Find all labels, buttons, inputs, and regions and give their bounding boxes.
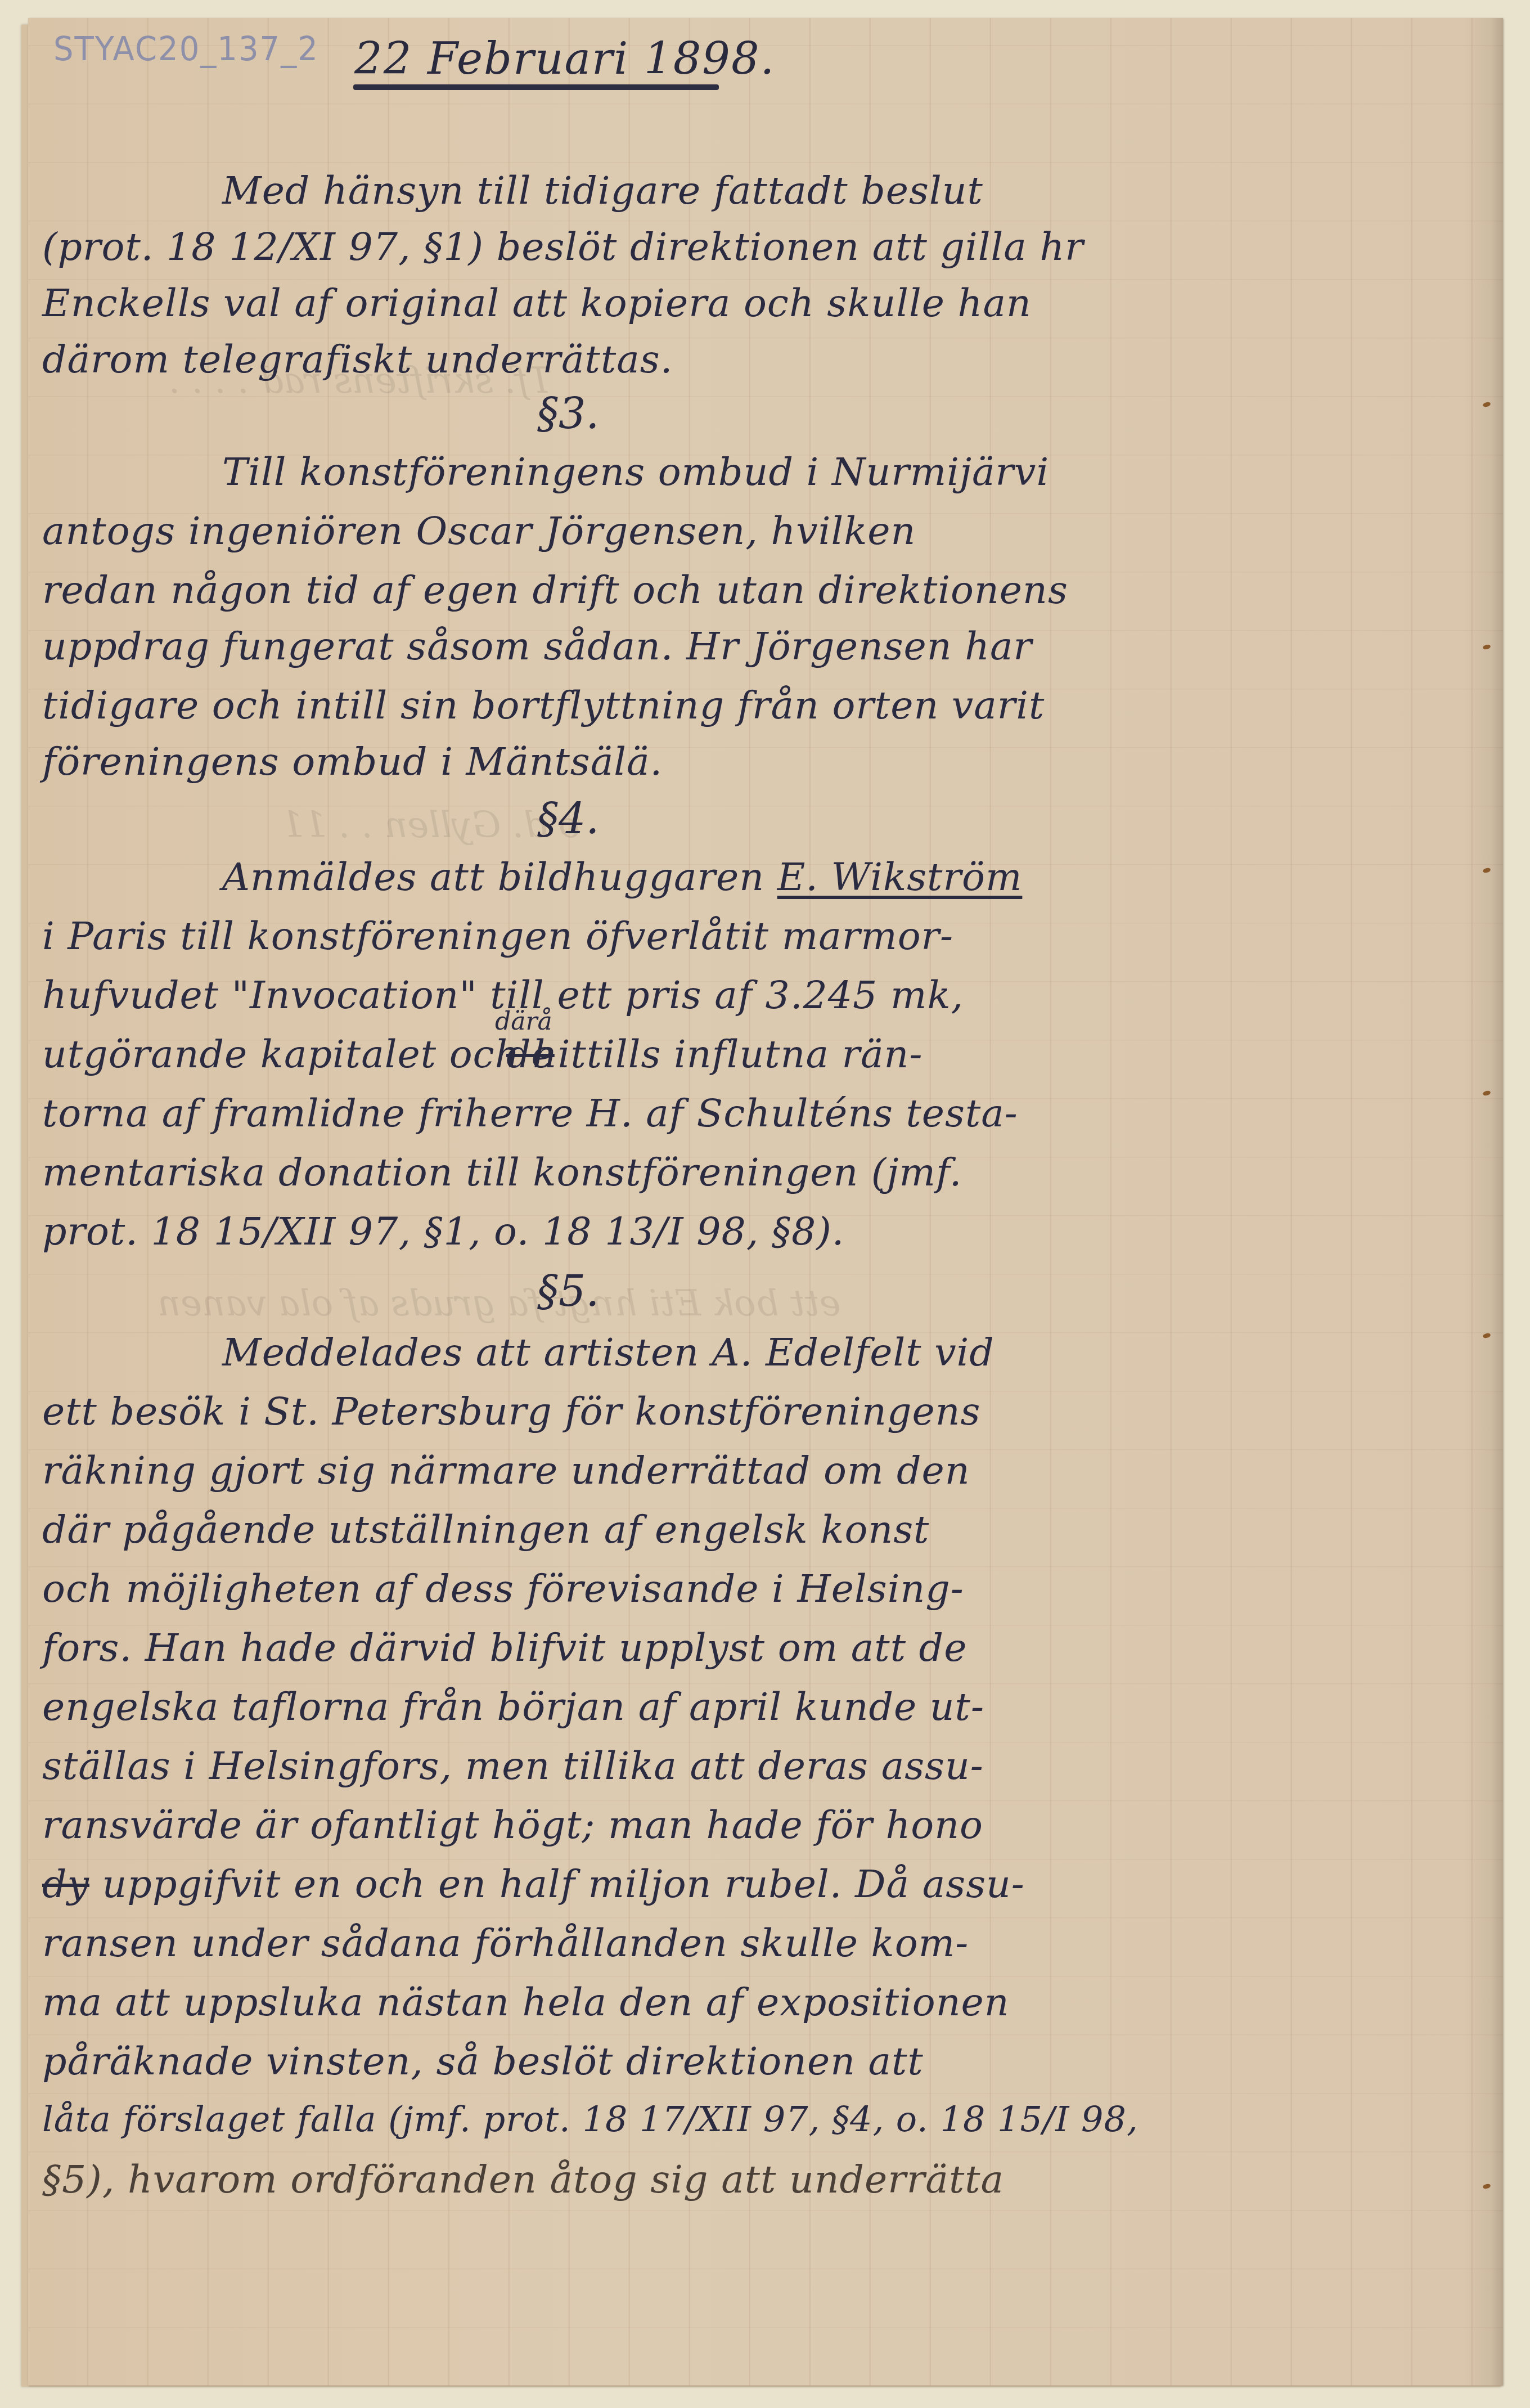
text-line: Anmäldes att bildhuggaren E. Wikström <box>222 855 1022 900</box>
section-marker-5: §5. <box>537 1266 600 1316</box>
text-line: dy uppgifvit en och en half miljon rubel… <box>42 1862 1025 1907</box>
text-line: torna af framlidne friherre H. af Schult… <box>42 1091 1018 1136</box>
text-line: ransen under sådana förhållanden skulle … <box>42 1921 969 1966</box>
text-line: engelska taflorna från början af april k… <box>42 1685 984 1729</box>
text-segment: uppgifvit en och en half miljon rubel. D… <box>89 1862 1025 1907</box>
text-line: uppdrag fungerat såsom sådan. Hr Jörgens… <box>42 625 1032 669</box>
text-line: föreningens ombud i Mäntsälä. <box>42 740 663 784</box>
text-line: därom telegrafiskt underrättas. <box>42 338 673 382</box>
section-marker-3: §3. <box>537 388 600 438</box>
text-line: §5), hvarom ordföranden åtog sig att und… <box>42 2158 1004 2202</box>
text-line: låta förslaget falla (jmf. prot. 18 17/X… <box>42 2099 1138 2140</box>
text-line: Till konstföreningens ombud i Nurmijärvi <box>222 450 1049 495</box>
text-line: tidigare och intill sin bortflyttning fr… <box>42 684 1045 728</box>
archive-stamp: STYAC20_137_2 <box>53 30 319 68</box>
page-date-heading: 22 Februari 1898. <box>354 34 775 84</box>
underlined-person-name: E. Wikström <box>777 855 1023 900</box>
text-line: i Paris till konstföreningen öfverlåtit … <box>42 914 953 959</box>
text-line: prot. 18 15/XII 97, §1, o. 18 13/I 98, §… <box>42 1210 844 1254</box>
interlinear-insertion: därå <box>495 1007 552 1036</box>
text-line: och möjligheten af dess förevisande i He… <box>42 1567 964 1611</box>
text-line: mentariska donation till konstföreningen… <box>42 1151 962 1195</box>
text-line: ransvärde är ofantligt högt; man hade fö… <box>42 1803 983 1848</box>
text-line: där pågående utställningen af engelsk ko… <box>42 1508 929 1552</box>
struck-word: de <box>506 1032 555 1077</box>
page-edge-shadow <box>1464 18 1503 2385</box>
text-line: (prot. 18 12/XI 97, §1) beslöt direktion… <box>42 225 1084 269</box>
text-line: Med hänsyn till tidigare fattadt beslut <box>222 169 983 213</box>
text-line: Meddelades att artisten A. Edelfelt vid <box>222 1331 994 1375</box>
text-line: ma att uppsluka nästan hela den af expos… <box>42 1980 1010 2025</box>
text-line: ställas i Helsingfors, men tillika att d… <box>42 1744 984 1789</box>
text-line: utgörande kapitalet och hittills influtn… <box>42 1032 922 1077</box>
text-line: fors. Han hade därvid blifvit upplyst om… <box>42 1626 967 1670</box>
text-line: Enckells val af original att kopiera och… <box>42 281 1032 326</box>
text-line: ett besök i St. Petersburg för konstföre… <box>42 1390 980 1434</box>
heading-underline <box>353 84 719 90</box>
text-line: räkning gjort sig närmare underrättad om… <box>42 1449 970 1493</box>
text-line: antogs ingeniören Oscar Jörgensen, hvilk… <box>42 509 916 554</box>
bleed-through-text: ett bok Eti hngt fa gruds af ola vanen <box>157 1283 840 1324</box>
struck-word: dy <box>42 1862 89 1907</box>
text-line: redan någon tid af egen drift och utan d… <box>42 568 1068 613</box>
section-marker-4: §4. <box>537 793 600 843</box>
text-segment: Anmäldes att bildhuggaren <box>222 855 764 900</box>
bleed-through-text: o d. Gyllen . . 11 <box>281 805 580 846</box>
text-line: påräknade vinsten, så beslöt direktionen… <box>42 2039 924 2084</box>
